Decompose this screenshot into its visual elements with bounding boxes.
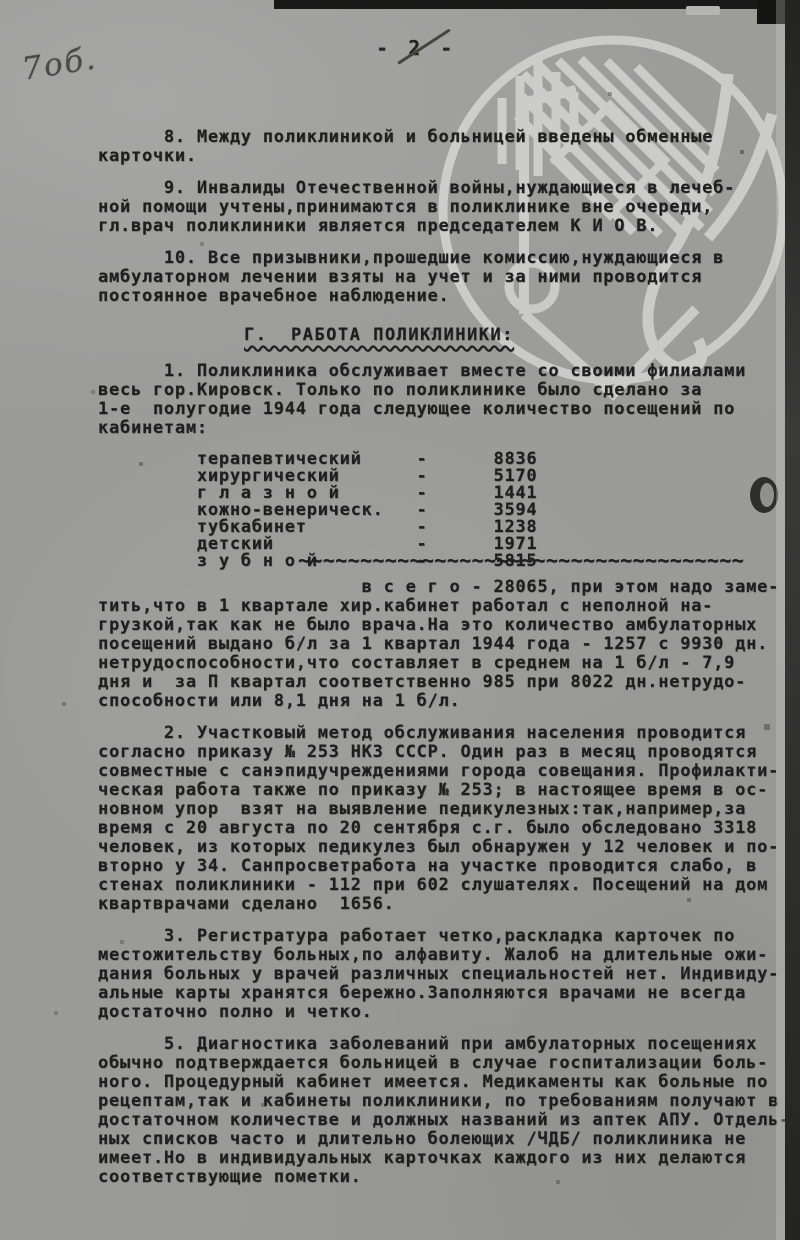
text-line: квартврачами сделано 1656.: [98, 895, 794, 914]
text-line: имеет.Но в индивидуальных карточках кажд…: [98, 1149, 794, 1168]
text-line: достаточно полно и четко.: [98, 1003, 794, 1022]
text-line: 5. Диагностика заболеваний при амбулатор…: [98, 1035, 794, 1054]
text-line: весь гор.Кировск. Только по поликлинике …: [98, 381, 794, 400]
text-line: тить,что в 1 квартале хир.кабинет работа…: [98, 597, 794, 616]
text-line: Г. РАБОТА ПОЛИКЛИНИКИ:: [244, 326, 514, 345]
page-number: - 2 -: [376, 36, 456, 60]
text-line: соответствующие пометки.: [98, 1168, 794, 1187]
text-line: карточки.: [98, 147, 794, 166]
text-line: способности или 8,1 дня на 1 б/л.: [98, 692, 794, 711]
paper-edge-highlight: [776, 0, 785, 1240]
item-3: 3. Регистратура работает четко,раскладка…: [98, 927, 794, 1022]
scanned-document-page: 7об. - 2 - 8. Между поликлиникой и больн…: [0, 0, 800, 1240]
paper-speckles: [0, 0, 2, 2]
text-line: кабинетам:: [98, 419, 794, 438]
item-5: 5. Диагностика заболеваний при амбулатор…: [98, 1035, 794, 1187]
item-9: 9. Инвалиды Отечественной войны,нуждающи…: [98, 179, 794, 236]
text-line: гл.врач поликлиники является председател…: [98, 217, 794, 236]
text-line: вторно у 34. Санпросветработа на участке…: [98, 857, 794, 876]
text-line: рецептам,так и кабинеты поликлиники, по …: [98, 1092, 794, 1111]
torn-edge-highlight: [686, 6, 720, 15]
totals-paragraph: в с е г о - 28065, при этом надо заме-ти…: [98, 578, 794, 711]
text-line: 9. Инвалиды Отечественной войны,нуждающи…: [98, 179, 794, 198]
text-line: ного. Процедурный кабинет имеется. Медик…: [98, 1073, 794, 1092]
typewritten-text: 8. Между поликлиникой и больницей введен…: [98, 128, 794, 1200]
text-line: согласно приказу № 253 НКЗ СССР. Один ра…: [98, 743, 794, 762]
text-line: посещений выдано б/л за 1 квартал 1944 г…: [98, 635, 794, 654]
scan-edge-top: [274, 0, 800, 9]
text-line: стенах поликлиники - 112 при 602 слушате…: [98, 876, 794, 895]
item-10: 10. Все призывники,прошедшие комиссию,ну…: [98, 249, 794, 306]
text-line: ческая работа также по приказу № 253; в …: [98, 781, 794, 800]
text-line: местожительству больных,по алфавиту. Жал…: [98, 946, 794, 965]
text-line: нетрудоспособности,что составляет в сред…: [98, 654, 794, 673]
item-8: 8. Между поликлиникой и больницей введен…: [98, 128, 794, 166]
text-line: постоянное врачебное наблюдение.: [98, 287, 794, 306]
text-line: обычно подтверждается больницей в случае…: [98, 1054, 794, 1073]
text-line: совместные с санэпидучреждениями города …: [98, 762, 794, 781]
text-line: дня и за П квартал соответственно 985 пр…: [98, 673, 794, 692]
text-line: время с 20 августа по 20 сентября с.г. б…: [98, 819, 794, 838]
text-line: достаточном количестве и должных названи…: [98, 1111, 794, 1130]
text-line: новном упор взят на выявление педикулезн…: [98, 800, 794, 819]
text-line: 8. Между поликлиникой и больницей введен…: [98, 128, 794, 147]
item-1-intro: 1. Поликлиника обслуживает вместе со сво…: [98, 362, 794, 438]
text-line: в с е г о - 28065, при этом надо заме-: [98, 578, 794, 597]
text-line: грузкой,так как не было врача.На это кол…: [98, 616, 794, 635]
text-line: ~~~~~~~~~~~~~~~~~~~~~~~~~~~~~~~~~~~~: [298, 557, 794, 569]
text-line: 1-е полугодие 1944 года следующее количе…: [98, 400, 794, 419]
text-line: амбулаторном лечении взяты на учет и за …: [98, 268, 794, 287]
text-line: альные карты хранятся бережно.Заполняютс…: [98, 984, 794, 1003]
text-line: человек, из которых педикулез был обнару…: [98, 838, 794, 857]
text-line: 1. Поликлиника обслуживает вместе со сво…: [98, 362, 794, 381]
section-g-heading: Г. РАБОТА ПОЛИКЛИНИКИ:: [244, 325, 794, 345]
item-2: 2. Участковый метод обслуживания населен…: [98, 724, 794, 914]
hole-punch-mark: [750, 477, 778, 513]
scan-edge-right: [785, 0, 800, 1240]
text-line: ной помощи учтены,принимаются в поликлин…: [98, 198, 794, 217]
handwritten-folio-note: 7об.: [20, 40, 100, 87]
text-line: ных списков часто и длительно болеющих /…: [98, 1130, 794, 1149]
text-line: 3. Регистратура работает четко,раскладка…: [98, 927, 794, 946]
text-line: 2. Участковый метод обслуживания населен…: [98, 724, 794, 743]
text-line: 10. Все призывники,прошедшие комиссию,ну…: [98, 249, 794, 268]
text-line: дания больных у врачей различных специал…: [98, 965, 794, 984]
